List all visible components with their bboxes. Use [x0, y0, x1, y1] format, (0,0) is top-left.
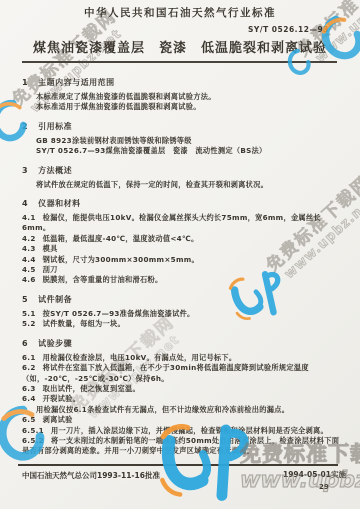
clause-text: 将试件在室温下放入低温箱，在不少于30min将低温箱温度降到试验所规定温度（如，… — [22, 363, 309, 382]
section-title: 方法概述 — [38, 166, 72, 175]
clause-text: 刮刀 — [43, 265, 58, 274]
clause: 5.1按SY/T 0526.7—93准备煤焦油瓷漆试件。 — [22, 309, 340, 319]
clause-text: 将一支未削过的木制新铅笔的一端从高约50mm处自由落到涂层上，检查涂层材料下面是… — [22, 436, 339, 455]
clause-number: 6.5.1 — [22, 426, 44, 435]
approval-note: 中国石油天然气总公司1993-11-16批准 — [22, 470, 160, 481]
standard-category-label: 中华人民共和国石油天然气行业标准 — [0, 5, 360, 20]
section-instruments: 4仪器和材料 4.1检漏仪，能提供电压10kV。检漏仪金属丝探头大约长75mm，… — [22, 198, 340, 286]
clause-text: 钢试板，尺寸为300mm×300mm×5mm。 — [43, 255, 199, 264]
section-references: 2引用标准 GB 8923涂装前钢材表面锈蚀等级和除锈等级 SY/T 0526.… — [22, 121, 340, 157]
section-title: 试件制备 — [38, 295, 72, 304]
clause-text: 用一刀片，插入涂层边缘下边，并慢慢撬起，检查钢板和涂层材料间是否完全剥离。 — [51, 426, 328, 435]
section-number: 6 — [22, 339, 28, 348]
clause-number: 4.6 — [22, 275, 36, 284]
clause-text: 低温箱，最低温度-40℃，温度波动值<4℃。 — [43, 234, 199, 243]
section-number: 5 — [22, 295, 28, 304]
clause: 6.3取出试件，使之恢复到室温。 — [22, 384, 340, 394]
clause-number: 4.2 — [22, 234, 36, 243]
clause-text: 按SY/T 0526.7—93准备煤焦油瓷漆试件。 — [43, 309, 195, 318]
paragraph: 用检漏仪按6.1条检查试件有无漏点，但不计边缘效应和冷冻前检出的漏点。 — [22, 405, 340, 415]
section-heading: 2引用标准 — [22, 121, 340, 132]
clause-number: 6.5 — [22, 415, 36, 424]
implementation-date: 1994-05-01实施 — [283, 469, 346, 480]
section-heading: 5试件制备 — [22, 294, 340, 305]
clause: 6.4开裂试验。 — [22, 394, 340, 404]
clause: 5.2试件数量，每组为一块。 — [22, 319, 340, 329]
clause: 4.3模具 — [22, 244, 340, 254]
clause-number: 6.4 — [22, 394, 36, 403]
clause-text: 用检漏仪检查涂层，电压10kV。有漏点处，用记号标下。 — [43, 353, 237, 362]
document-content: 中华人民共和国石油天然气行业标准 SY/T 0526.12—93 煤焦油瓷漆覆盖… — [0, 0, 360, 509]
standard-number: SY/T 0526.12—93 — [248, 25, 329, 34]
section-specimen-prep: 5试件制备 5.1按SY/T 0526.7—93准备煤焦油瓷漆试件。 5.2试件… — [22, 294, 340, 330]
section-procedure: 6试验步骤 6.1用检漏仪检查涂层，电压10kV。有漏点处，用记号标下。 6.2… — [22, 338, 340, 457]
section-heading: 6试验步骤 — [22, 338, 340, 349]
paragraph: 将试件放在规定的低温下，保持一定的时间，检查其开裂和剥离状况。 — [22, 180, 340, 190]
section-title: 主题内容与适用范围 — [38, 78, 115, 87]
clause: 4.1检漏仪，能提供电压10kV。检漏仪金属丝探头大约长75mm，宽6mm，金属… — [22, 213, 340, 234]
clause: 4.2低温箱，最低温度-40℃，温度波动值<4℃。 — [22, 234, 340, 244]
clause-text: 试件数量，每组为一块。 — [43, 319, 125, 328]
section-heading: 4仪器和材料 — [22, 198, 340, 209]
section-number: 3 — [22, 166, 28, 175]
section-title: 试验步骤 — [38, 339, 72, 348]
clause: 6.5.2将一支未削过的木制新铅笔的一端从高约50mm处自由落到涂层上，检查涂层… — [22, 436, 340, 457]
header-rule — [22, 61, 337, 63]
paragraph: 本标准适用于煤焦油瓷漆的低温脆裂和剥离试验。 — [22, 102, 340, 112]
paragraph: 本标准规定了煤焦油瓷漆的低温脆裂和剥离试验方法。 — [22, 92, 340, 102]
clause-number: 5.2 — [22, 319, 36, 328]
clause-text: 剥离试验 — [43, 415, 73, 424]
section-number: 2 — [22, 122, 28, 131]
section-number: 1 — [22, 78, 28, 87]
clause-number: 4.5 — [22, 265, 36, 274]
clause-text: 取出试件，使之恢复到室温。 — [43, 384, 140, 393]
document-body: 1主题内容与适用范围 本标准规定了煤焦油瓷漆的低温脆裂和剥离试验方法。 本标准适… — [22, 71, 340, 457]
clause-number: 5.1 — [22, 309, 36, 318]
clause: 4.6脱膜剂，含等重量的甘油和滑石粉。 — [22, 275, 340, 285]
clause: 4.4钢试板，尺寸为300mm×300mm×5mm。 — [22, 255, 340, 265]
section-number: 4 — [22, 199, 28, 208]
clause-number: 4.3 — [22, 244, 36, 253]
clause-number: 6.2 — [22, 363, 36, 372]
clause-text: 开裂试验。 — [43, 394, 80, 403]
page-number: 29 — [319, 483, 329, 491]
clause: 6.2将试件在室温下放入低温箱，在不少于30min将低温箱温度降到试验所规定温度… — [22, 363, 340, 384]
section-scope: 1主题内容与适用范围 本标准规定了煤焦油瓷漆的低温脆裂和剥离试验方法。 本标准适… — [22, 77, 340, 113]
document-title: 煤焦油瓷漆覆盖层 瓷漆 低温脆裂和剥离试验 — [0, 37, 360, 56]
clause-number: 6.1 — [22, 353, 36, 362]
scanned-standard-page: 免费标准下载网 www.upbz.net 免费标准下载网 www.upbz.ne… — [0, 0, 360, 509]
clause: 6.5.1用一刀片，插入涂层边缘下边，并慢慢撬起，检查钢板和涂层材料间是否完全剥… — [22, 426, 340, 436]
footer-rule — [18, 464, 338, 466]
clause-number: 6.5.2 — [22, 436, 44, 445]
clause: 4.5刮刀 — [22, 265, 340, 275]
reference-item: SY/T 0526.7—93煤焦油瓷漆覆盖层 瓷漆 流动性测定（BS法） — [22, 146, 340, 156]
section-heading: 3方法概述 — [22, 165, 340, 176]
clause: 6.5剥离试验 — [22, 415, 340, 425]
clause-text: 脱膜剂，含等重量的甘油和滑石粉。 — [43, 275, 163, 284]
clause: 6.1用检漏仪检查涂层，电压10kV。有漏点处，用记号标下。 — [22, 353, 340, 363]
clause-text: 检漏仪，能提供电压10kV。检漏仪金属丝探头大约长75mm，宽6mm，金属丝长6… — [22, 213, 321, 232]
clause-number: 4.1 — [22, 213, 36, 222]
section-heading: 1主题内容与适用范围 — [22, 77, 340, 88]
clause-number: 4.4 — [22, 255, 36, 264]
clause-text: 模具 — [43, 244, 58, 253]
reference-item: GB 8923涂装前钢材表面锈蚀等级和除锈等级 — [22, 136, 340, 146]
section-method-overview: 3方法概述 将试件放在规定的低温下，保持一定的时间，检查其开裂和剥离状况。 — [22, 165, 340, 190]
section-title: 仪器和材料 — [38, 199, 81, 208]
section-title: 引用标准 — [38, 122, 72, 131]
clause-number: 6.3 — [22, 384, 36, 393]
